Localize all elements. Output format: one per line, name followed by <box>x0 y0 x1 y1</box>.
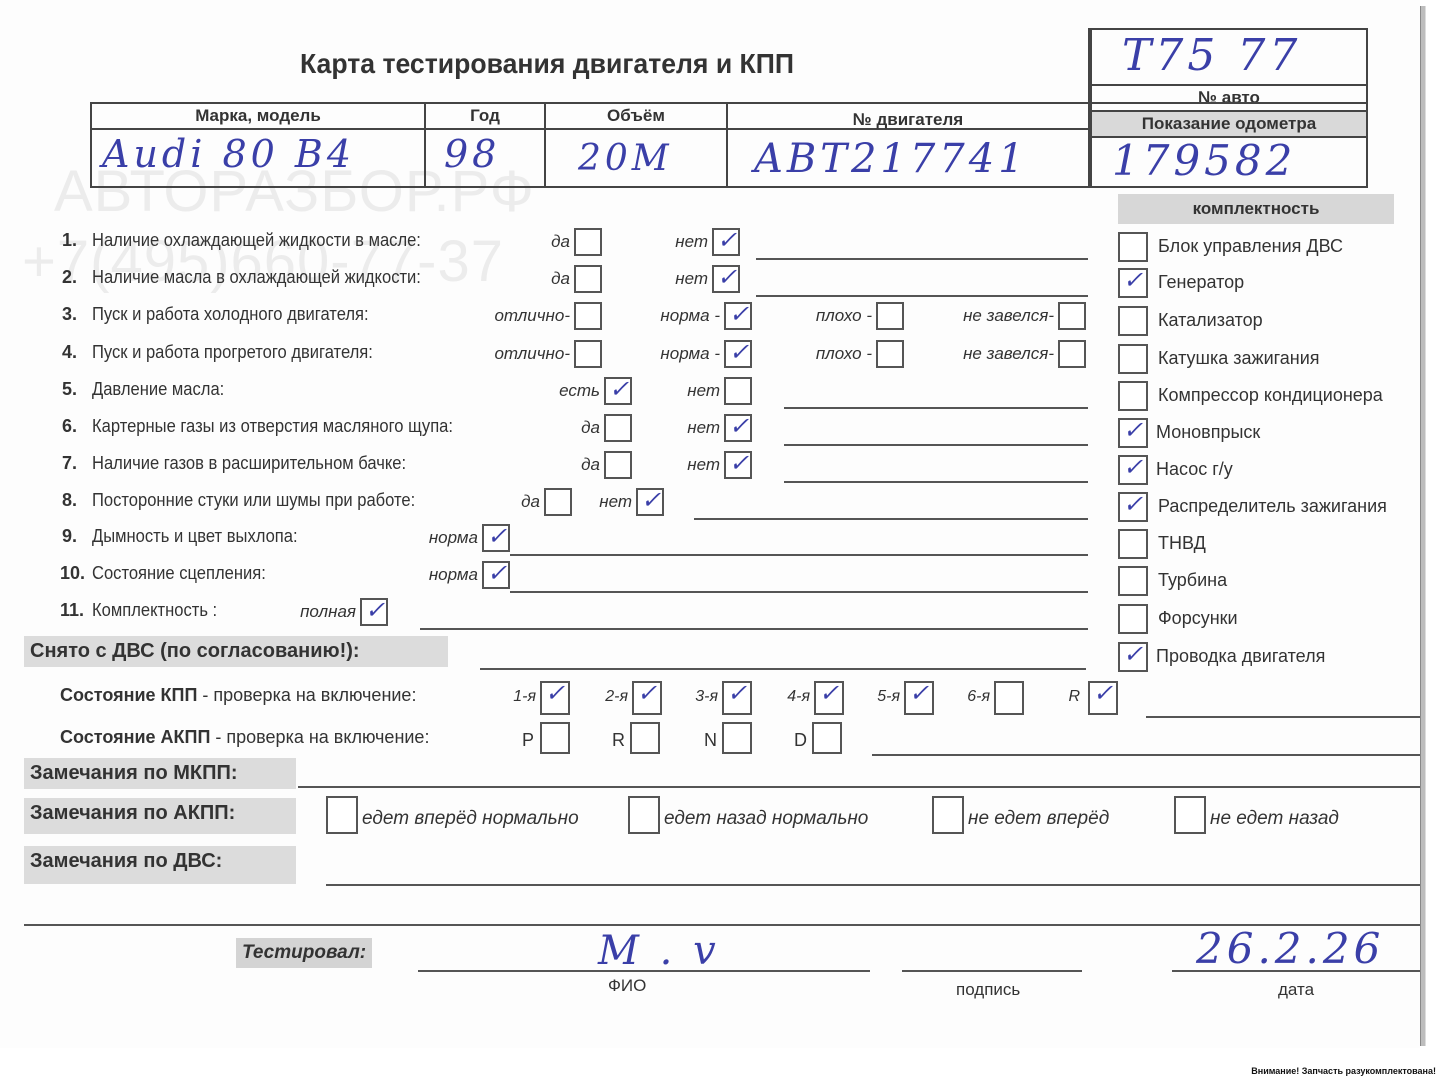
option-label: да <box>464 455 600 475</box>
odometer-value: 179582 <box>1112 136 1296 185</box>
option-label: да <box>434 269 570 289</box>
signature-caption: подпись <box>956 980 1020 1000</box>
gear-checkbox[interactable]: ✓ <box>1088 681 1118 715</box>
fio-value: M . v <box>598 928 720 974</box>
option-label: нет <box>572 232 708 252</box>
option-label: норма <box>342 565 478 585</box>
col-odometer-label: Показание одометра <box>1092 112 1366 136</box>
question-text: Состояние сцепления: <box>92 563 266 584</box>
option-checkbox[interactable]: ✓ <box>482 561 510 589</box>
question-notes-line[interactable] <box>510 591 1088 593</box>
check-mark-icon: ✓ <box>717 263 737 291</box>
gear-label: 1-я <box>480 688 536 706</box>
option-label: не завелся- <box>918 344 1054 364</box>
kit-item-checkbox[interactable] <box>1118 344 1148 374</box>
option-checkbox[interactable] <box>876 302 904 330</box>
option-label: нет <box>584 381 720 401</box>
test-card-document: АВТОРАЗБОР.РФ +7(495)660-77-37 Карта тес… <box>0 0 1420 1048</box>
page-edge <box>1420 6 1426 1046</box>
kit-item-checkbox[interactable] <box>1118 604 1148 634</box>
option-checkbox[interactable]: ✓ <box>724 451 752 479</box>
gear-checkbox[interactable]: ✓ <box>904 681 934 715</box>
question-notes-line[interactable] <box>784 407 1088 409</box>
question-number: 8. <box>62 490 77 511</box>
akpp-remark-label: едет назад нормально <box>664 808 868 830</box>
question-number: 3. <box>62 304 77 325</box>
question-number: 7. <box>62 453 77 474</box>
col-make-model-label: Марка, модель <box>92 104 424 128</box>
option-label: есть <box>464 381 600 401</box>
kit-item-checkbox[interactable]: ✓ <box>1118 492 1148 522</box>
gear-label: 6-я <box>934 688 990 706</box>
option-label: полная <box>220 602 356 622</box>
option-label: норма - <box>584 306 720 326</box>
check-mark-icon: ✓ <box>819 679 839 707</box>
option-checkbox[interactable]: ✓ <box>636 488 664 516</box>
engine-no-value: ABT217741 <box>754 136 1028 182</box>
question-text: Дымность и цвет выхлопа: <box>92 526 298 547</box>
option-label: нет <box>584 418 720 438</box>
option-label: нет <box>496 492 632 512</box>
akpp-mode-checkbox[interactable] <box>630 722 660 754</box>
gear-checkbox[interactable]: ✓ <box>632 681 662 715</box>
question-text: Пуск и работа холодного двигателя: <box>92 304 369 325</box>
check-mark-icon: ✓ <box>717 226 737 254</box>
akpp-mode-checkbox[interactable] <box>722 722 752 754</box>
option-checkbox[interactable]: ✓ <box>360 598 388 626</box>
question-number: 5. <box>62 379 77 400</box>
gear-checkbox[interactable]: ✓ <box>540 681 570 715</box>
volume-value: 20M <box>578 138 673 179</box>
kit-item-checkbox[interactable]: ✓ <box>1118 268 1148 298</box>
remarks-mkpp-line[interactable] <box>298 786 1420 788</box>
question-number: 2. <box>62 267 77 288</box>
kit-item-label: Генератор <box>1158 272 1244 293</box>
removed-heading: Снято с ДВС (по согласованию!): <box>24 636 448 667</box>
col-volume-label: Объём <box>546 104 726 128</box>
kit-item-label: Проводка двигателя <box>1156 646 1325 667</box>
kit-item-label: ТНВД <box>1158 533 1206 554</box>
option-label: нет <box>584 455 720 475</box>
akpp-mode-label: N <box>704 730 717 751</box>
akpp-mode-checkbox[interactable] <box>812 722 842 754</box>
option-label: норма - <box>584 344 720 364</box>
removed-line[interactable] <box>480 668 1086 670</box>
akpp-mode-label: P <box>522 730 534 751</box>
gear-checkbox[interactable] <box>994 681 1024 715</box>
check-mark-icon: ✓ <box>545 679 565 707</box>
option-label: отлично- <box>434 306 570 326</box>
kit-item-label: Блок управления ДВС <box>1158 236 1343 257</box>
option-label: да <box>464 418 600 438</box>
footer-warning: Внимание! Запчасть разукомплектована! <box>1251 1066 1436 1076</box>
remarks-dvs-heading: Замечания по ДВС: <box>24 846 296 884</box>
question-text: Давление масла: <box>92 379 224 400</box>
gear-label: 3-я <box>662 688 718 706</box>
kit-item-label: Моновпрыск <box>1156 422 1260 443</box>
question-text: Наличие охлаждающей жидкости в масле: <box>92 230 421 251</box>
akpp-mode-label: R <box>612 730 625 751</box>
option-checkbox[interactable]: ✓ <box>712 265 740 293</box>
check-mark-icon: ✓ <box>487 559 507 587</box>
check-mark-icon: ✓ <box>365 596 385 624</box>
kit-item-label: Турбина <box>1158 570 1227 591</box>
question-notes-line[interactable] <box>784 481 1088 483</box>
option-checkbox[interactable]: ✓ <box>712 228 740 256</box>
kit-item-label: Форсунки <box>1158 608 1238 629</box>
kit-item-checkbox[interactable] <box>1118 232 1148 262</box>
question-text: Пуск и работа прогретого двигателя: <box>92 342 373 363</box>
option-label: не завелся- <box>918 306 1054 326</box>
gear-checkbox[interactable]: ✓ <box>814 681 844 715</box>
check-mark-icon: ✓ <box>729 412 749 440</box>
option-checkbox[interactable] <box>724 377 752 405</box>
check-mark-icon: ✓ <box>1123 640 1143 668</box>
gear-label: 5-я <box>844 688 900 706</box>
gear-label: 2-я <box>572 688 628 706</box>
question-notes-line[interactable] <box>756 295 1088 297</box>
option-checkbox[interactable] <box>1058 340 1086 368</box>
kit-item-checkbox[interactable] <box>1118 566 1148 596</box>
option-label: норма <box>342 528 478 548</box>
question-notes-line[interactable] <box>756 258 1088 260</box>
question-text: Комплектность : <box>92 600 217 621</box>
col-engine-no-label: № двигателя <box>728 108 1088 132</box>
question-notes-line[interactable] <box>510 554 1088 556</box>
akpp-label: Состояние АКПП - проверка на включение: <box>60 727 429 748</box>
question-notes-line[interactable] <box>694 518 1088 520</box>
fio-caption: ФИО <box>608 976 646 996</box>
akpp-mode-label: D <box>794 730 807 751</box>
check-mark-icon: ✓ <box>1123 416 1143 444</box>
kit-item-checkbox[interactable] <box>1118 529 1148 559</box>
akpp-remark-label: едет вперёд нормально <box>362 808 579 830</box>
kit-item-checkbox[interactable] <box>1118 381 1148 411</box>
kit-item-label: Распределитель зажигания <box>1158 496 1387 517</box>
remarks-akpp-heading: Замечания по АКПП: <box>24 798 296 834</box>
document-title: Карта тестирования двигателя и КПП <box>300 48 794 80</box>
year-value: 98 <box>444 132 500 176</box>
date-caption: дата <box>1278 980 1314 1000</box>
question-text: Наличие масла в охлаждающей жидкости: <box>92 267 421 288</box>
signature-line[interactable] <box>902 970 1082 972</box>
gear-label: R <box>1028 688 1080 706</box>
akpp-remark-label: не едет вперёд <box>968 808 1109 830</box>
akpp-remark-label: не едет назад <box>1210 808 1339 830</box>
kit-item-label: Компрессор кондиционера <box>1158 385 1383 406</box>
kit-item-checkbox[interactable]: ✓ <box>1118 455 1148 485</box>
kit-item-label: Катализатор <box>1158 310 1263 331</box>
akpp-remark-checkbox[interactable] <box>932 796 964 834</box>
check-mark-icon: ✓ <box>729 449 749 477</box>
check-mark-icon: ✓ <box>1093 679 1113 707</box>
option-checkbox[interactable]: ✓ <box>724 414 752 442</box>
kit-item-checkbox[interactable]: ✓ <box>1118 418 1148 448</box>
option-label: плохо - <box>736 344 872 364</box>
check-mark-icon: ✓ <box>1123 266 1143 294</box>
auto-number-value: T75 77 <box>1122 30 1301 81</box>
date-value: 26.2.26 <box>1196 924 1384 973</box>
option-checkbox[interactable]: ✓ <box>482 524 510 552</box>
akpp-notes-line[interactable] <box>872 754 1420 756</box>
kit-title: комплектность <box>1118 194 1394 224</box>
make-model-value: Audi 80 B4 <box>102 132 355 176</box>
gear-label: 4-я <box>754 688 810 706</box>
kpp-label: Состояние КПП - проверка на включение: <box>60 685 416 706</box>
kit-item-checkbox[interactable]: ✓ <box>1118 642 1148 672</box>
option-label: нет <box>572 269 708 289</box>
question-number: 11. <box>60 600 84 621</box>
check-mark-icon: ✓ <box>637 679 657 707</box>
kit-item-label: Насос г/у <box>1156 459 1233 480</box>
question-number: 10. <box>60 563 85 584</box>
akpp-mode-checkbox[interactable] <box>540 722 570 754</box>
akpp-remark-checkbox[interactable] <box>628 796 660 834</box>
question-text: Наличие газов в расширительном бачке: <box>92 453 406 474</box>
option-checkbox[interactable] <box>876 340 904 368</box>
check-mark-icon: ✓ <box>487 522 507 550</box>
option-label: да <box>434 232 570 252</box>
question-notes-line[interactable] <box>784 444 1088 446</box>
option-label: отлично- <box>434 344 570 364</box>
col-year-label: Год <box>426 104 544 128</box>
kpp-notes-line[interactable] <box>1146 716 1420 718</box>
check-mark-icon: ✓ <box>909 679 929 707</box>
question-text: Посторонние стуки или шумы при работе: <box>92 490 415 511</box>
check-mark-icon: ✓ <box>1123 490 1143 518</box>
remarks-mkpp-heading: Замечания по МКПП: <box>24 758 296 789</box>
question-notes-line[interactable] <box>420 628 1088 630</box>
akpp-remark-checkbox[interactable] <box>326 796 358 834</box>
question-number: 9. <box>62 526 77 547</box>
remarks-dvs-line-1[interactable] <box>326 884 1420 886</box>
check-mark-icon: ✓ <box>641 486 661 514</box>
question-number: 4. <box>62 342 77 363</box>
tested-by-label: Тестировал: <box>236 938 372 968</box>
check-mark-icon: ✓ <box>1123 453 1143 481</box>
option-checkbox[interactable] <box>1058 302 1086 330</box>
question-text: Картерные газы из отверстия масляного щу… <box>92 416 453 437</box>
option-label: плохо - <box>736 306 872 326</box>
check-mark-icon: ✓ <box>727 679 747 707</box>
gear-checkbox[interactable]: ✓ <box>722 681 752 715</box>
kit-item-label: Катушка зажигания <box>1158 348 1320 369</box>
question-number: 6. <box>62 416 77 437</box>
question-number: 1. <box>62 230 77 251</box>
kit-item-checkbox[interactable] <box>1118 306 1148 336</box>
akpp-remark-checkbox[interactable] <box>1174 796 1206 834</box>
